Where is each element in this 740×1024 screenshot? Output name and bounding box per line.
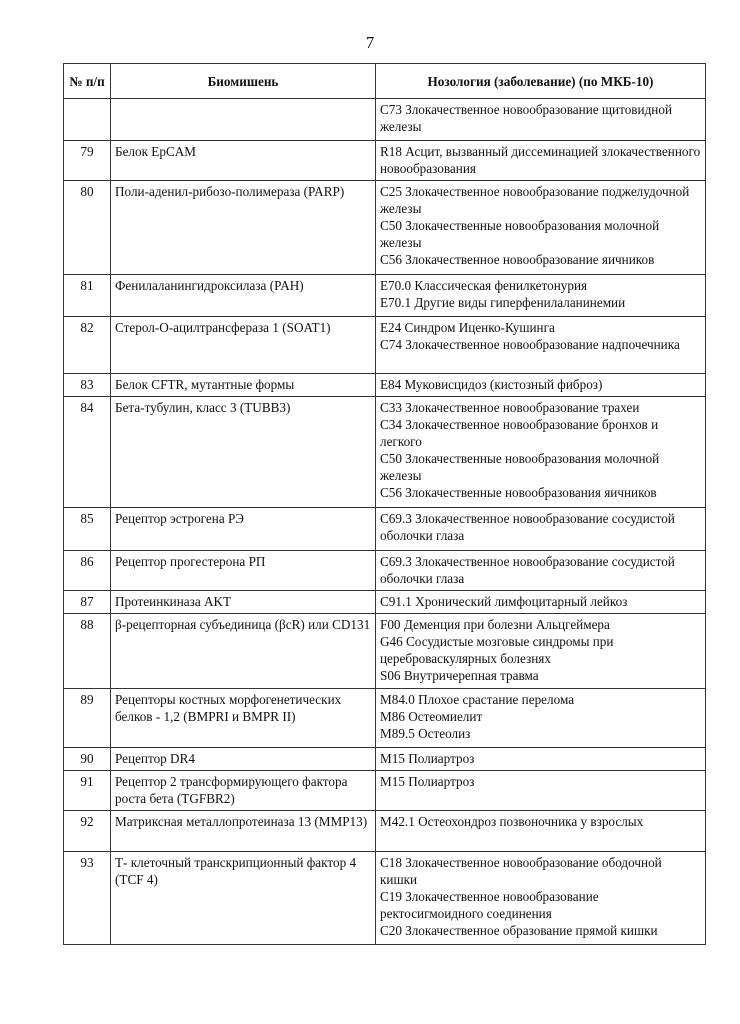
row-nosology: C69.3 Злокачественное новообразование со… [376,508,706,551]
nosology-entry: E24 Синдром Иценко-Кушинга [380,319,701,336]
nosology-entry: C34 Злокачественное новообразование брон… [380,416,701,450]
row-number: 83 [64,374,111,397]
table-row: 82Стерол-О-ацилтрансфераза 1 (SOAT1)E24 … [64,317,706,374]
nosology-entry: M86 Остеомиелит [380,708,701,725]
nosology-entry: M89.5 Остеолиз [380,725,701,742]
row-biotarget: β-рецепторная субъединица (βcR) или CD13… [111,614,376,689]
nosology-entry: C69.3 Злокачественное новообразование со… [380,553,701,587]
table-row: 83Белок CFTR, мутантные формыE84 Муковис… [64,374,706,397]
row-number: 80 [64,181,111,275]
row-nosology: M42.1 Остеохондроз позвоночника у взросл… [376,811,706,852]
nosology-entry: S06 Внутричерепная травма [380,667,701,684]
nosology-entry: C25 Злокачественное новообразование подж… [380,183,701,217]
nosology-entry: C56 Злокачественные новообразования яичн… [380,484,701,501]
table-body: C73 Злокачественное новообразование щито… [64,99,706,945]
nosology-entry: C50 Злокачественные новообразования моло… [380,217,701,251]
nosology-entry: C69.3 Злокачественное новообразование со… [380,510,701,544]
table-row: 84Бета-тубулин, класс 3 (TUBB3)C33 Злока… [64,397,706,508]
nosology-entry: E70.0 Классическая фенилкетонурия [380,277,701,294]
table-row: 81Фенилаланингидроксилаза (PAH)E70.0 Кла… [64,275,706,317]
row-nosology: C73 Злокачественное новообразование щито… [376,99,706,141]
row-number [64,99,111,141]
row-number: 88 [64,614,111,689]
row-nosology: M15 Полиартроз [376,771,706,811]
nosology-entry: C73 Злокачественное новообразование щито… [380,101,701,135]
row-number: 81 [64,275,111,317]
row-number: 84 [64,397,111,508]
nosology-entry: C33 Злокачественное новообразование трах… [380,399,701,416]
row-nosology: F00 Деменция при болезни АльцгеймераG46 … [376,614,706,689]
row-biotarget [111,99,376,141]
nosology-entry: G46 Сосудистые мозговые синдромы при цер… [380,633,701,667]
row-biotarget: Рецептор эстрогена РЭ [111,508,376,551]
nosology-entry: C91.1 Хронический лимфоцитарный лейкоз [380,593,701,610]
row-number: 79 [64,141,111,181]
row-biotarget: Рецептор 2 трансформирующего фактора рос… [111,771,376,811]
row-nosology: E70.0 Классическая фенилкетонурияE70.1 Д… [376,275,706,317]
row-biotarget: Матриксная металлопротеиназа 13 (MMP13) [111,811,376,852]
row-number: 90 [64,748,111,771]
row-nosology: C69.3 Злокачественное новообразование со… [376,551,706,591]
row-biotarget: Белок CFTR, мутантные формы [111,374,376,397]
row-number: 93 [64,852,111,945]
page-number: 7 [0,33,740,53]
row-biotarget: Рецепторы костных морфогенетических белк… [111,689,376,748]
nosology-entry: C20 Злокачественное образование прямой к… [380,922,701,939]
table-header-row: № п/п Биомишень Нозология (заболевание) … [64,64,706,99]
row-number: 92 [64,811,111,852]
row-biotarget: Т- клеточный транскрипционный фактор 4 (… [111,852,376,945]
nosology-entry: R18 Асцит, вызванный диссеминацией злока… [380,143,701,177]
table-row: 89Рецепторы костных морфогенетических бе… [64,689,706,748]
nosology-entry: M15 Полиартроз [380,750,701,767]
row-nosology: E84 Муковисцидоз (кистозный фиброз) [376,374,706,397]
row-biotarget: Стерол-О-ацилтрансфераза 1 (SOAT1) [111,317,376,374]
nosology-entry: E70.1 Другие виды гиперфенилаланинемии [380,294,701,311]
table-row: 91Рецептор 2 трансформирующего фактора р… [64,771,706,811]
row-nosology: M15 Полиартроз [376,748,706,771]
table-row: 79Белок EpCAMR18 Асцит, вызванный диссем… [64,141,706,181]
table-row: 85Рецептор эстрогена РЭC69.3 Злокачестве… [64,508,706,551]
row-nosology: C91.1 Хронический лимфоцитарный лейкоз [376,591,706,614]
row-biotarget: Бета-тубулин, класс 3 (TUBB3) [111,397,376,508]
row-number: 89 [64,689,111,748]
table-row: 92Матриксная металлопротеиназа 13 (MMP13… [64,811,706,852]
row-biotarget: Рецептор прогестерона РП [111,551,376,591]
nosology-entry: M42.1 Остеохондроз позвоночника у взросл… [380,813,701,830]
nosology-entry: C74 Злокачественное новообразование надп… [380,336,701,353]
row-biotarget: Фенилаланингидроксилаза (PAH) [111,275,376,317]
row-number: 82 [64,317,111,374]
row-nosology: E24 Синдром Иценко-КушингаC74 Злокачеств… [376,317,706,374]
row-nosology: M84.0 Плохое срастание переломаM86 Остео… [376,689,706,748]
row-number: 85 [64,508,111,551]
nosology-entry: C50 Злокачественные новообразования моло… [380,450,701,484]
table-row: 88β-рецепторная субъединица (βcR) или CD… [64,614,706,689]
table-row: C73 Злокачественное новообразование щито… [64,99,706,141]
nosology-entry: M84.0 Плохое срастание перелома [380,691,701,708]
nosology-entry: C56 Злокачественное новообразование яичн… [380,251,701,268]
header-num: № п/п [64,64,111,99]
table-row: 90Рецептор DR4M15 Полиартроз [64,748,706,771]
row-biotarget: Протеинкиназа AKT [111,591,376,614]
row-number: 86 [64,551,111,591]
row-biotarget: Поли-аденил-рибозо-полимераза (PARP) [111,181,376,275]
nosology-entry: C19 Злокачественное новообразование рект… [380,888,701,922]
row-number: 91 [64,771,111,811]
row-biotarget: Рецептор DR4 [111,748,376,771]
header-target: Биомишень [111,64,376,99]
table-row: 93Т- клеточный транскрипционный фактор 4… [64,852,706,945]
header-nosology: Нозология (заболевание) (по МКБ-10) [376,64,706,99]
nosology-entry: E84 Муковисцидоз (кистозный фиброз) [380,376,701,393]
table-row: 87Протеинкиназа AKTC91.1 Хронический лим… [64,591,706,614]
row-nosology: C33 Злокачественное новообразование трах… [376,397,706,508]
table-row: 86Рецептор прогестерона РПC69.3 Злокачес… [64,551,706,591]
nosology-entry: M15 Полиартроз [380,773,701,790]
biotargets-table: № п/п Биомишень Нозология (заболевание) … [63,63,706,945]
row-nosology: R18 Асцит, вызванный диссеминацией злока… [376,141,706,181]
nosology-entry: C18 Злокачественное новообразование обод… [380,854,701,888]
table-row: 80Поли-аденил-рибозо-полимераза (PARP)C2… [64,181,706,275]
nosology-entry: F00 Деменция при болезни Альцгеймера [380,616,701,633]
row-biotarget: Белок EpCAM [111,141,376,181]
row-nosology: C25 Злокачественное новообразование подж… [376,181,706,275]
row-number: 87 [64,591,111,614]
row-nosology: C18 Злокачественное новообразование обод… [376,852,706,945]
